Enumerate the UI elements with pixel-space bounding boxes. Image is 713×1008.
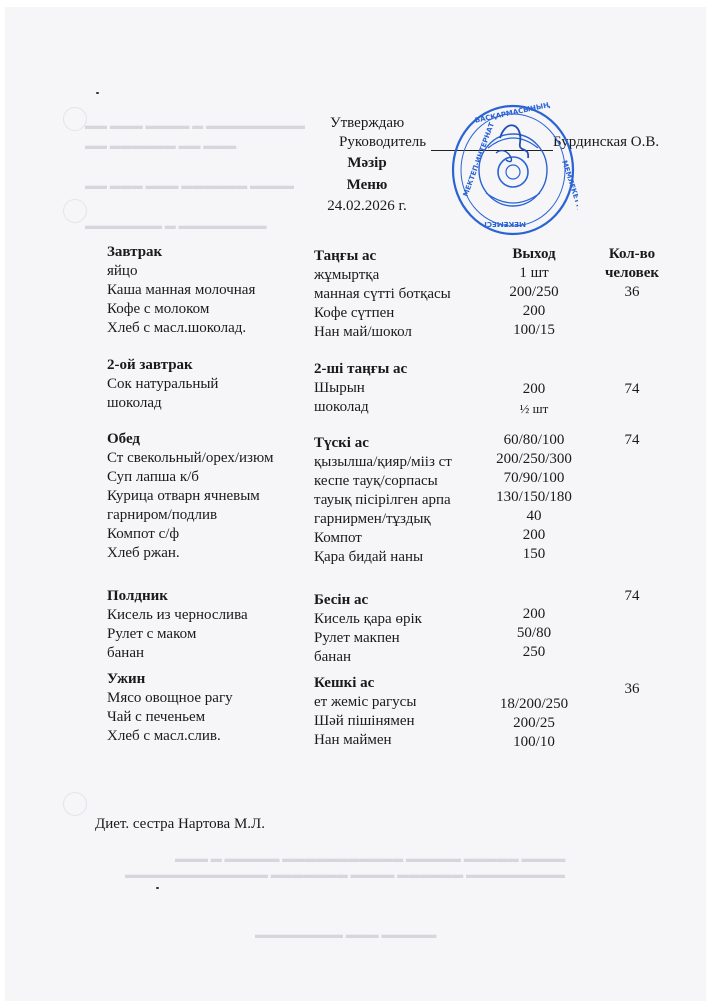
menu-item-output: 200 (489, 605, 579, 624)
menu-item-ru: Кофе с молоком (107, 300, 209, 319)
menu-item-kz: Шәй пішінямен (314, 712, 415, 731)
people-count: 74 (589, 431, 675, 450)
menu-item-ru: Кисель из чернослива (107, 606, 248, 625)
menu-item-output: 18/200/250 (489, 695, 579, 714)
people-count: 36 (589, 680, 675, 699)
menu-item-ru: Каша манная молочная (107, 281, 255, 300)
menu-item-ru: Ст свекольный/орех/изюм (107, 449, 273, 468)
menu-item-output: 40 (489, 507, 579, 526)
menu-item-kz: манная сүтті ботқасы (314, 285, 451, 304)
meal-title-ru: Ужин (107, 670, 145, 689)
menu-item-kz: Нан маймен (314, 731, 392, 750)
punch-hole-mark (63, 199, 87, 223)
speck-mark (156, 887, 159, 889)
meal-title-kz: Таңғы ас (314, 247, 376, 266)
menu-item-ru: Чай с печеньем (107, 708, 205, 727)
meal-title-ru: 2-ой завтрак (107, 356, 193, 375)
meal-title-ru: Обед (107, 430, 140, 449)
meal-title-kz: Кешкі ас (314, 674, 374, 693)
menu-item-output: ½ шт (489, 399, 579, 418)
menu-item-output: 200 (489, 302, 579, 321)
menu-item-kz: Шырын (314, 379, 365, 398)
speck-mark (96, 92, 99, 94)
menu-item-output: 200 (489, 526, 579, 545)
meal-title-kz: Түскі ас (314, 434, 369, 453)
menu-item-output: 70/90/100 (489, 469, 579, 488)
menu-item-ru: Сок натуральный (107, 375, 218, 394)
menu-item-output: 200/250/300 (489, 450, 579, 469)
menu-item-ru: Хлеб с масл.слив. (107, 727, 221, 746)
menu-item-output: 100/10 (489, 733, 579, 752)
menu-item-kz: Компот (314, 529, 362, 548)
menu-item-ru: Хлеб ржан. (107, 544, 180, 563)
menu-item-output: 50/80 (489, 624, 579, 643)
menu-item-kz: Қара бидай наны (314, 548, 423, 567)
title-kz: Мәзір (340, 154, 394, 173)
menu-item-ru: гарниром/подлив (107, 506, 217, 525)
menu-item-output: 200/250 (489, 283, 579, 302)
title-ru: Меню (335, 176, 399, 195)
menu-item-kz: Кофе сүтпен (314, 304, 394, 323)
column-header-people-2: человек (589, 264, 675, 283)
menu-item-kz: Нан май/шокол (314, 323, 412, 342)
menu-item-output: 1 шт (489, 264, 579, 283)
menu-item-ru: Суп лапша к/б (107, 468, 199, 487)
menu-item-ru: яйцо (107, 262, 137, 281)
menu-item-ru: Рулет с маком (107, 625, 196, 644)
menu-item-ru: Курица отварн ячневым (107, 487, 260, 506)
people-count: 74 (589, 587, 675, 606)
menu-item-ru: банан (107, 644, 144, 663)
menu-item-kz: гарнирмен/тұздық (314, 510, 431, 529)
menu-item-ru: Компот с/ф (107, 525, 179, 544)
people-count: 36 (589, 283, 675, 302)
svg-text:МЕКЕМЕСІ: МЕКЕМЕСІ (484, 220, 526, 228)
menu-item-output: 100/15 (489, 321, 579, 340)
menu-item-kz: кеспе тауқ/сорпасы (314, 472, 438, 491)
menu-item-kz: тауық пісірілген арпа (314, 491, 451, 510)
menu-item-kz: банан (314, 648, 351, 667)
menu-item-kz: Кисель қара өрік (314, 610, 422, 629)
menu-item-ru: шоколад (107, 394, 162, 413)
official-stamp-icon: БАСҚАРМАСЫНЫҢ МЕМЛЕКЕТТІК МЕКЕМЕСІ МЕКТЕ… (448, 98, 578, 238)
column-header-output: Выход (489, 245, 579, 264)
dietitian-signature: Диет. сестра Нартова М.Л. (95, 815, 265, 834)
menu-item-output: 130/150/180 (489, 488, 579, 507)
approve-label: Утверждаю (330, 114, 404, 133)
meal-title-kz: 2-ші таңғы ас (314, 360, 407, 379)
meal-title-kz: Бесін ас (314, 591, 368, 610)
people-count: 74 (589, 380, 675, 399)
meal-title-ru: Полдник (107, 587, 168, 606)
punch-hole-mark (63, 107, 87, 131)
menu-item-kz: қызылша/қияр/мііз ст (314, 453, 452, 472)
menu-item-output: 200/25 (489, 714, 579, 733)
menu-item-ru: Хлеб с масл.шоколад. (107, 319, 246, 338)
menu-item-kz: жұмыртқа (314, 266, 379, 285)
menu-item-output: 60/80/100 (489, 431, 579, 450)
menu-item-output: 200 (489, 380, 579, 399)
meal-title-ru: Завтрак (107, 243, 162, 262)
column-header-people: Кол-во (589, 245, 675, 264)
head-role: Руководитель (339, 133, 426, 152)
menu-item-output: 150 (489, 545, 579, 564)
svg-text:МЕКТЕП-ИНТЕРНАТ: МЕКТЕП-ИНТЕРНАТ (462, 121, 496, 197)
menu-item-kz: Рулет макпен (314, 629, 400, 648)
menu-item-ru: Мясо овощное рагу (107, 689, 233, 708)
menu-item-kz: шоколад (314, 398, 369, 417)
punch-hole-mark (63, 792, 87, 816)
menu-item-output: 250 (489, 643, 579, 662)
menu-item-kz: ет жеміс рагусы (314, 693, 416, 712)
menu-date: 24.02.2026 г. (312, 197, 422, 216)
